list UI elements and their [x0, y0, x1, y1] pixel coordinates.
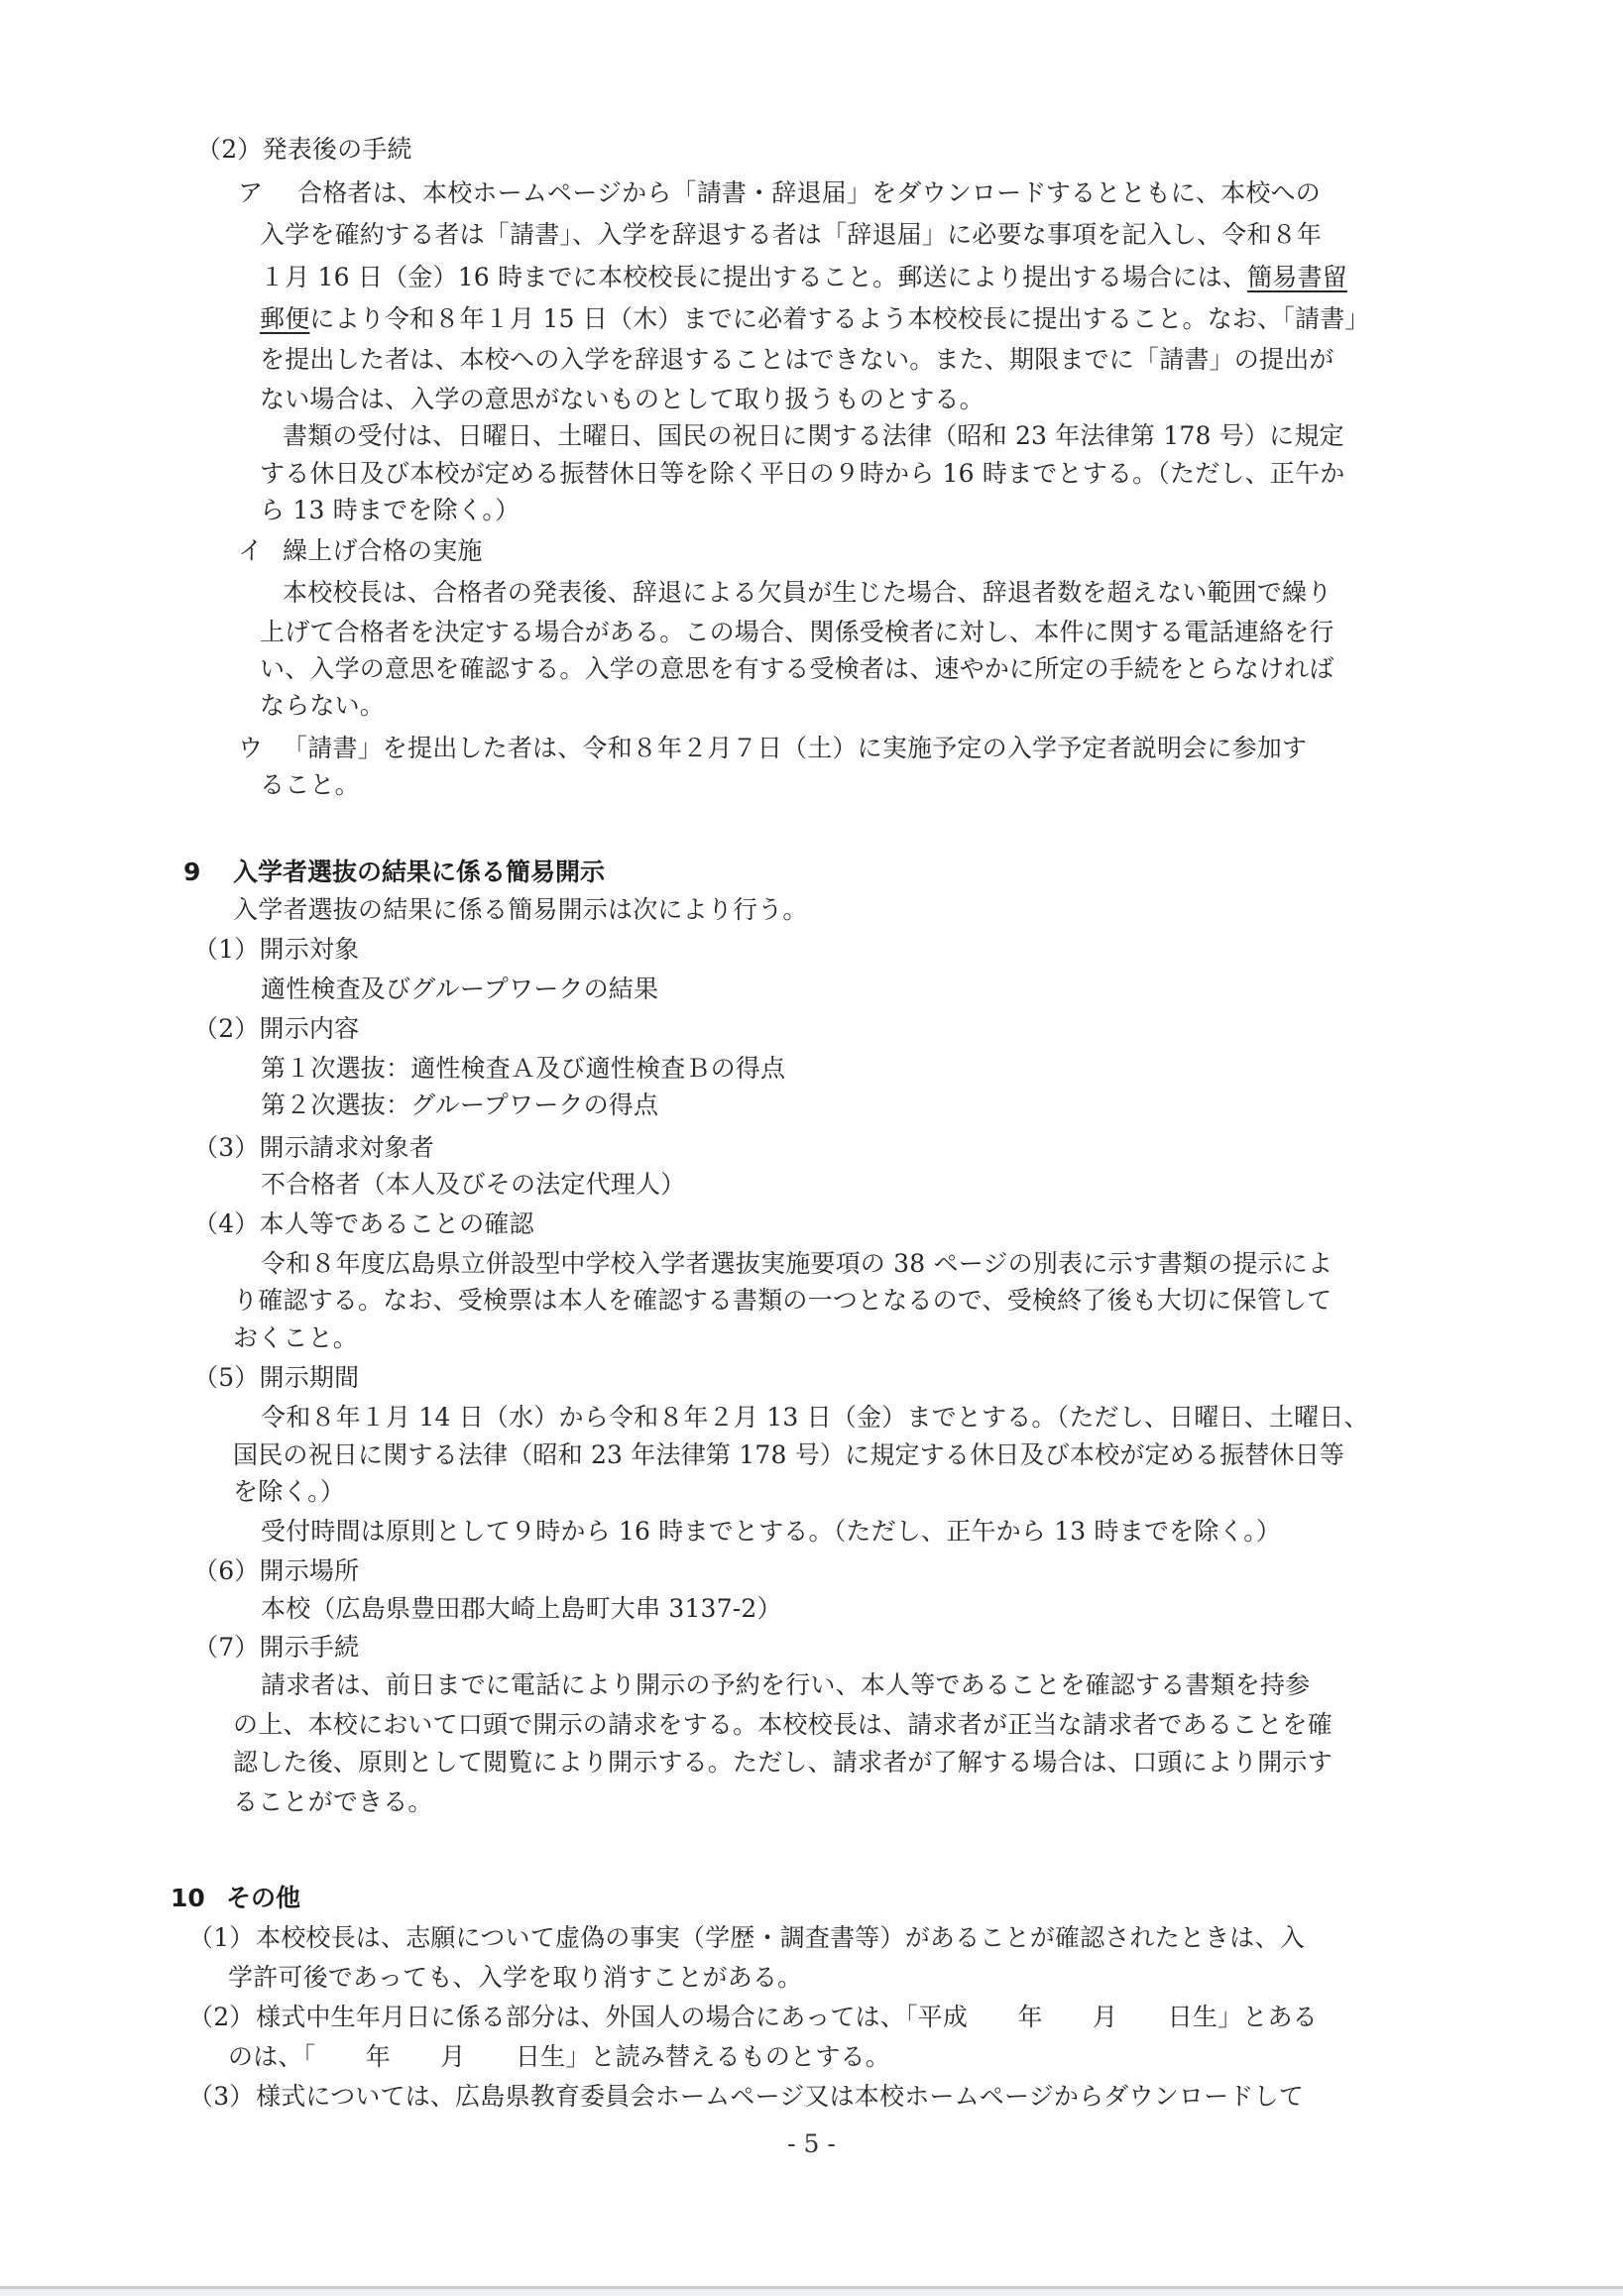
paragraph-line: 合格者は、本校ホームページから「請書・辞退届」をダウンロードするとともに、本校へ…: [297, 178, 1321, 208]
item-marker-a: ア: [238, 178, 263, 208]
paragraph-line: 受付時間は原則として９時から 16 時までとする。（ただし、正午から 13 時ま…: [261, 1517, 1281, 1547]
underlined-post: 郵便: [260, 304, 309, 333]
paragraph-line: のは、「 年 月 日生」と読み替えるものとする。: [228, 2042, 890, 2072]
paragraph-line: ること。: [260, 770, 360, 800]
item-marker-u: ウ: [238, 734, 263, 763]
paragraph-line: 「請書」を提出した者は、令和８年２月７日（土）に実施予定の入学予定者説明会に参加…: [283, 734, 1307, 763]
paragraph-line: り確認する。なお、受検票は本人を確認する書類の一つとなるので、受検終了後も大切に…: [233, 1286, 1332, 1316]
paragraph-line: ら 13 時までを除く。）: [260, 496, 520, 525]
subsection-label: （2）開示内容: [193, 1014, 359, 1044]
paragraph-line: を提出した者は、本校への入学を辞退することはできない。また、期限までに「請書」の…: [260, 345, 1334, 375]
subsection-label: （3）開示請求対象者: [193, 1133, 434, 1163]
paragraph-line: ならない。: [260, 691, 385, 721]
item-marker-i: イ: [238, 536, 263, 566]
paragraph-line: 様式については、広島県教育委員会ホームページ又は本校ホームページからダウンロード…: [256, 2082, 1304, 2112]
paragraph-line: 本校（広島県豊田郡大崎上島町大串 3137-2）: [261, 1594, 782, 1624]
paragraph-line: を除く。）: [233, 1477, 345, 1507]
paragraph-line: 学許可後であっても、入学を取り消すことがある。: [228, 1963, 802, 1993]
paragraph-line: 令和８年１月 14 日（水）から令和８年２月 13 日（金）までとする。（ただし…: [261, 1403, 1369, 1433]
paragraph-line: 令和８年度広島県立併設型中学校入学者選抜実施要項の 38 ページの別表に示す書類…: [261, 1249, 1333, 1279]
section-intro: 入学者選抜の結果に係る簡易開示は次により行う。: [233, 895, 808, 925]
page-number: - 5 -: [0, 2129, 1623, 2159]
item-title-waitlist: 繰上げ合格の実施: [283, 536, 483, 566]
paragraph-line: 認した後、原則として閲覧により開示する。ただし、請求者が了解する場合は、口頭によ…: [233, 1748, 1333, 1778]
underlined-registered-mail: 簡易書留: [1247, 263, 1347, 291]
subsection-label: （1）開示対象: [193, 935, 359, 965]
paragraph-line: の上、本校において口頭で開示の請求をする。本校校長は、請求者が正当な請求者である…: [233, 1710, 1333, 1740]
paragraph-line: おくこと。: [233, 1323, 358, 1353]
paragraph-line: い、入学の意思を確認する。入学の意思を有する受検者は、速やかに所定の手続をとらな…: [260, 654, 1334, 684]
subsection-label: （4）本人等であることの確認: [193, 1209, 534, 1239]
paragraph-line: ることができる。: [233, 1787, 433, 1817]
paragraph-line: 本校校長は、合格者の発表後、辞退による欠員が生じた場合、辞退者数を超えない範囲で…: [283, 578, 1332, 608]
paragraph-line: ない場合は、入学の意思がないものとして取り扱うものとする。: [260, 385, 985, 414]
paragraph-line: 第１次選抜：適性検査Ａ及び適性検査Ｂの得点: [261, 1054, 785, 1084]
subsection-label: （5）開示期間: [193, 1363, 359, 1393]
paragraph-line: 不合格者（本人及びその法定代理人）: [261, 1170, 685, 1200]
paragraph-line: 上げて合格者を決定する場合がある。この場合、関係受検者に対し、本件に関する電話連…: [260, 618, 1334, 647]
subsection-label-post-announcement: （2）発表後の手続: [196, 135, 412, 165]
subsection-label: （1）: [188, 1923, 255, 1953]
subsection-label: （2）: [188, 2003, 255, 2032]
section-number-10: 10: [171, 1884, 205, 1913]
subsection-label: （3）: [188, 2082, 255, 2112]
paragraph-line: １月 16 日（金）16 時までに本校校長に提出すること。郵送により提出する場合…: [260, 263, 1347, 292]
section-number-9: 9: [183, 858, 200, 887]
document-page: （2）発表後の手続 ア 合格者は、本校ホームページから「請書・辞退届」をダウンロ…: [0, 0, 1623, 2296]
paragraph-line: 郵便により令和８年１月 15 日（木）までに必着するよう本校校長に提出すること。…: [260, 304, 1370, 334]
paragraph-line: 入学を確約する者は「請書」、入学を辞退する者は「辞退届」に必要な事項を記入し、令…: [260, 220, 1322, 250]
section-title-disclosure: 入学者選抜の結果に係る簡易開示: [233, 858, 605, 887]
paragraph-line: 国民の祝日に関する法律（昭和 23 年法律第 178 号）に規定する休日及び本校…: [233, 1440, 1344, 1470]
paragraph-line: 請求者は、前日までに電話により開示の予約を行い、本人等であることを確認する書類を…: [261, 1670, 1310, 1700]
subsection-label: （7）開示手続: [193, 1633, 359, 1663]
paragraph-line: 様式中生年月日に係る部分は、外国人の場合にあっては、「平成 年 月 日生」とある: [256, 2003, 1318, 2032]
section-title-other: その他: [226, 1884, 300, 1913]
paragraph-line: 適性検査及びグループワークの結果: [261, 975, 658, 1004]
paragraph-line: 本校校長は、志願について虚偽の事実（学歴・調査書等）があることが確認されたときは…: [256, 1923, 1305, 1953]
paragraph-line: 第２次選抜：グループワークの得点: [261, 1091, 658, 1120]
page-edge-shadow: [0, 2289, 1623, 2296]
paragraph-line: する休日及び本校が定める振替休日等を除く平日の９時から 16 時までとする。（た…: [260, 459, 1344, 489]
paragraph-line: 書類の受付は、日曜日、土曜日、国民の祝日に関する法律（昭和 23 年法律第 17…: [283, 421, 1344, 451]
subsection-label: （6）開示場所: [193, 1556, 359, 1586]
